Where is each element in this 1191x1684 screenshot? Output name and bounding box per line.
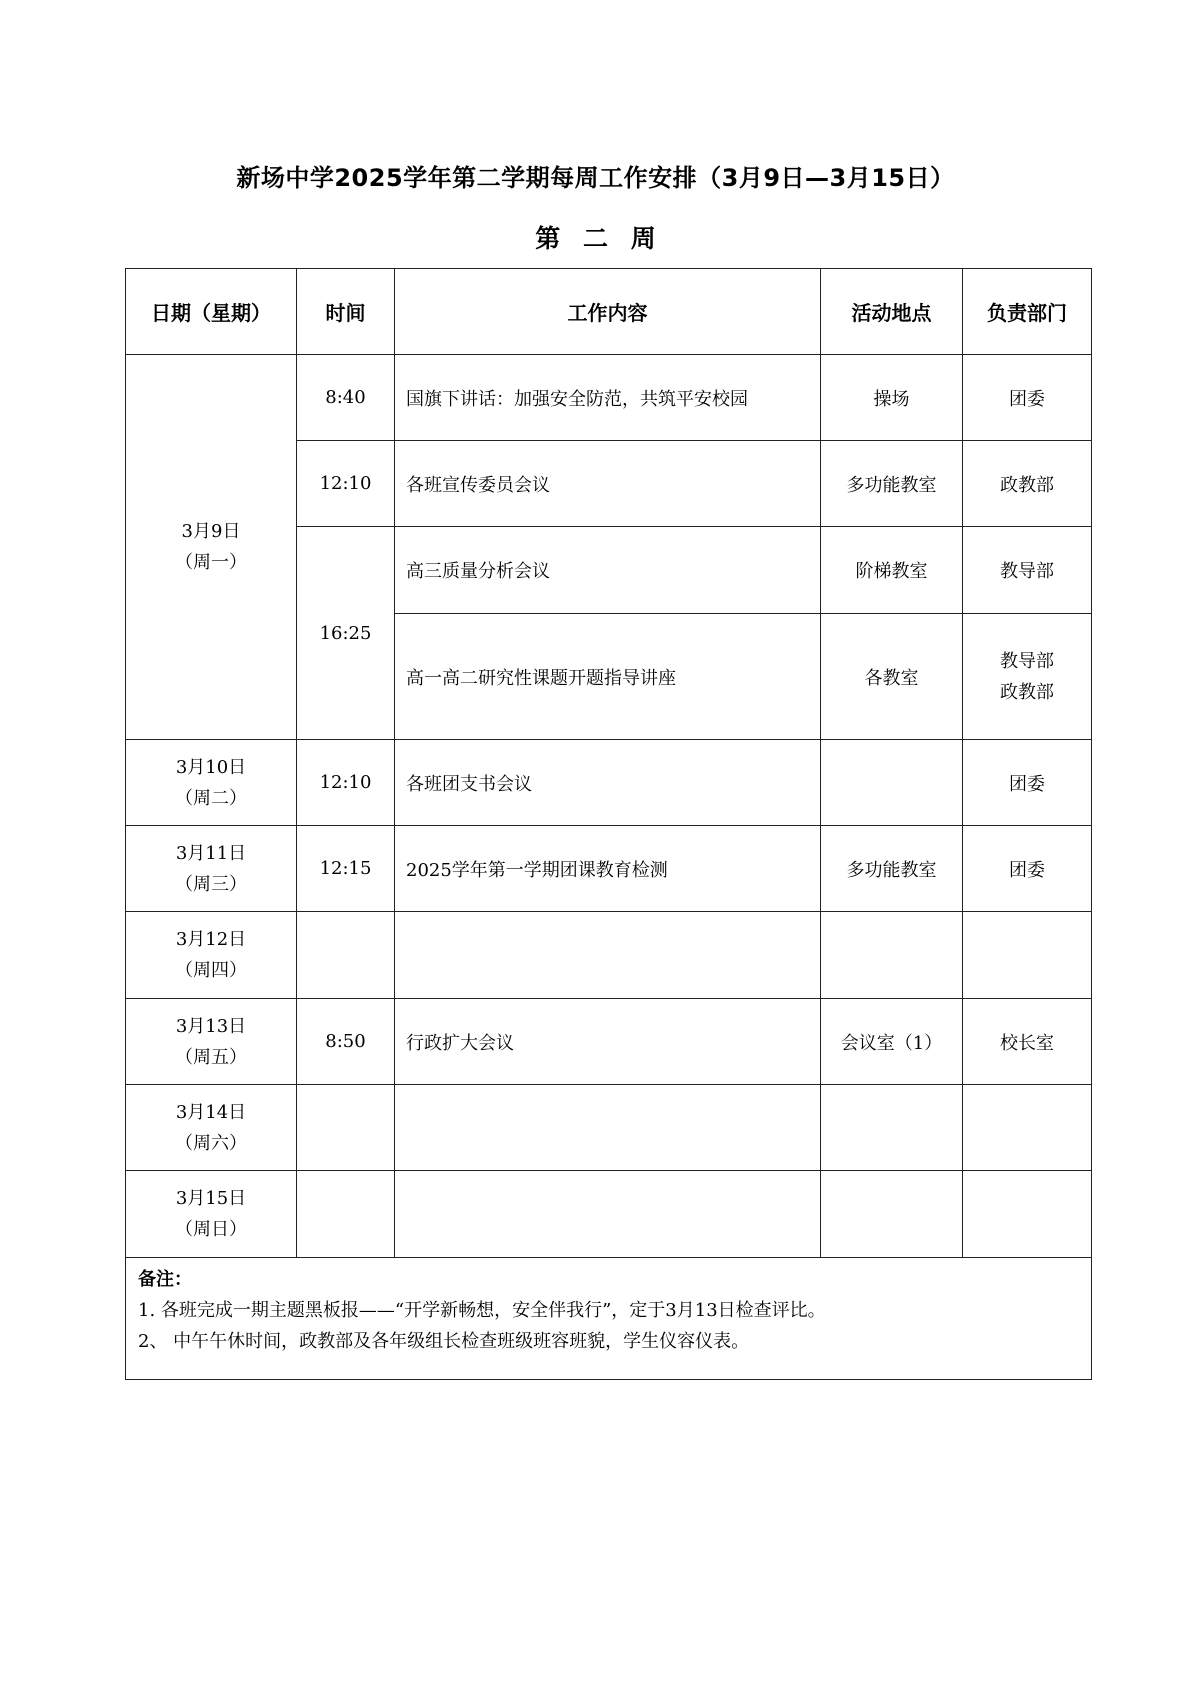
- date-cell: 3月10日 （周二）: [126, 740, 297, 826]
- header-row: 日期（星期） 时间 工作内容 活动地点 负责部门: [126, 269, 1092, 355]
- date-cell: 3月12日 （周四）: [126, 912, 297, 999]
- date-text: 3月14日: [126, 1097, 296, 1128]
- date-cell: 3月13日 （周五）: [126, 999, 297, 1085]
- time-cell: 8:50: [297, 999, 395, 1085]
- department-cell: 政教部: [963, 441, 1092, 527]
- table-row: 3月14日 （周六）: [126, 1085, 1092, 1171]
- date-text: 3月12日: [126, 924, 296, 955]
- weekday-text: （周三）: [126, 869, 296, 900]
- department-cell: 团委: [963, 740, 1092, 826]
- note-item: 1. 各班完成一期主题黑板报——“开学新畅想，安全伴我行”，定于3月13日检查评…: [138, 1295, 1079, 1326]
- date-text: 3月10日: [126, 752, 296, 783]
- department-cell: 团委: [963, 826, 1092, 912]
- time-cell: [297, 912, 395, 999]
- date-cell: 3月11日 （周三）: [126, 826, 297, 912]
- content-cell: 高一高二研究性课题开题指导讲座: [395, 614, 821, 740]
- table-row: 3月11日 （周三） 12:15 2025学年第一学期团课教育检测 多功能教室 …: [126, 826, 1092, 912]
- date-cell: 3月15日 （周日）: [126, 1171, 297, 1258]
- department-cell: [963, 1085, 1092, 1171]
- department-cell: [963, 1171, 1092, 1258]
- department-cell: 教导部 政教部: [963, 614, 1092, 740]
- content-cell: [395, 1171, 821, 1258]
- location-cell: 各教室: [821, 614, 963, 740]
- table-row: 3月9日 （周一） 8:40 国旗下讲话：加强安全防范，共筑平安校园 操场 团委: [126, 355, 1092, 441]
- department-cell: 团委: [963, 355, 1092, 441]
- content-cell: 2025学年第一学期团课教育检测: [395, 826, 821, 912]
- weekday-text: （周六）: [126, 1128, 296, 1159]
- weekday-text: （周二）: [126, 783, 296, 814]
- location-cell: 操场: [821, 355, 963, 441]
- table-row: 3月15日 （周日）: [126, 1171, 1092, 1258]
- weekday-text: （周日）: [126, 1214, 296, 1245]
- content-cell: 高三质量分析会议: [395, 527, 821, 614]
- time-cell: 12:10: [297, 740, 395, 826]
- time-cell: 12:15: [297, 826, 395, 912]
- department-line: 教导部: [963, 646, 1091, 677]
- notes-cell: 备注： 1. 各班完成一期主题黑板报——“开学新畅想，安全伴我行”，定于3月13…: [126, 1258, 1092, 1380]
- time-cell: 8:40: [297, 355, 395, 441]
- department-cell: 教导部: [963, 527, 1092, 614]
- content-cell: 各班宣传委员会议: [395, 441, 821, 527]
- header-time: 时间: [297, 269, 395, 355]
- date-text: 3月9日: [126, 516, 296, 547]
- location-cell: 多功能教室: [821, 441, 963, 527]
- date-text: 3月13日: [126, 1011, 296, 1042]
- location-cell: [821, 1171, 963, 1258]
- content-cell: 国旗下讲话：加强安全防范，共筑平安校园: [395, 355, 821, 441]
- date-cell: 3月14日 （周六）: [126, 1085, 297, 1171]
- table-row: 3月13日 （周五） 8:50 行政扩大会议 会议室（1） 校长室: [126, 999, 1092, 1085]
- table-row: 3月10日 （周二） 12:10 各班团支书会议 团委: [126, 740, 1092, 826]
- week-label: 第 二 周: [0, 219, 1191, 255]
- time-cell: 12:10: [297, 441, 395, 527]
- header-date: 日期（星期）: [126, 269, 297, 355]
- location-cell: 阶梯教室: [821, 527, 963, 614]
- department-cell: 校长室: [963, 999, 1092, 1085]
- notes-row: 备注： 1. 各班完成一期主题黑板报——“开学新畅想，安全伴我行”，定于3月13…: [126, 1258, 1092, 1380]
- location-cell: 会议室（1）: [821, 999, 963, 1085]
- department-cell: [963, 912, 1092, 999]
- time-cell: [297, 1171, 395, 1258]
- notes-heading: 备注：: [138, 1264, 1079, 1295]
- header-content: 工作内容: [395, 269, 821, 355]
- location-cell: [821, 1085, 963, 1171]
- weekday-text: （周五）: [126, 1042, 296, 1073]
- date-text: 3月11日: [126, 838, 296, 869]
- header-location: 活动地点: [821, 269, 963, 355]
- weekday-text: （周一）: [126, 547, 296, 578]
- schedule-table: 日期（星期） 时间 工作内容 活动地点 负责部门 3月9日 （周一） 8:40 …: [125, 268, 1092, 1380]
- document-title: 新场中学2025学年第二学期每周工作安排（3月9日—3月15日）: [0, 158, 1191, 193]
- department-line: 政教部: [963, 677, 1091, 708]
- weekday-text: （周四）: [126, 955, 296, 986]
- time-cell: [297, 1085, 395, 1171]
- header-department: 负责部门: [963, 269, 1092, 355]
- date-cell: 3月9日 （周一）: [126, 355, 297, 740]
- time-cell: 16:25: [297, 527, 395, 740]
- note-item: 2、 中午午休时间，政教部及各年级组长检查班级班容班貌，学生仪容仪表。: [138, 1326, 1079, 1357]
- table-row: 3月12日 （周四）: [126, 912, 1092, 999]
- location-cell: [821, 912, 963, 999]
- content-cell: 各班团支书会议: [395, 740, 821, 826]
- location-cell: [821, 740, 963, 826]
- location-cell: 多功能教室: [821, 826, 963, 912]
- content-cell: [395, 912, 821, 999]
- date-text: 3月15日: [126, 1183, 296, 1214]
- content-cell: 行政扩大会议: [395, 999, 821, 1085]
- content-cell: [395, 1085, 821, 1171]
